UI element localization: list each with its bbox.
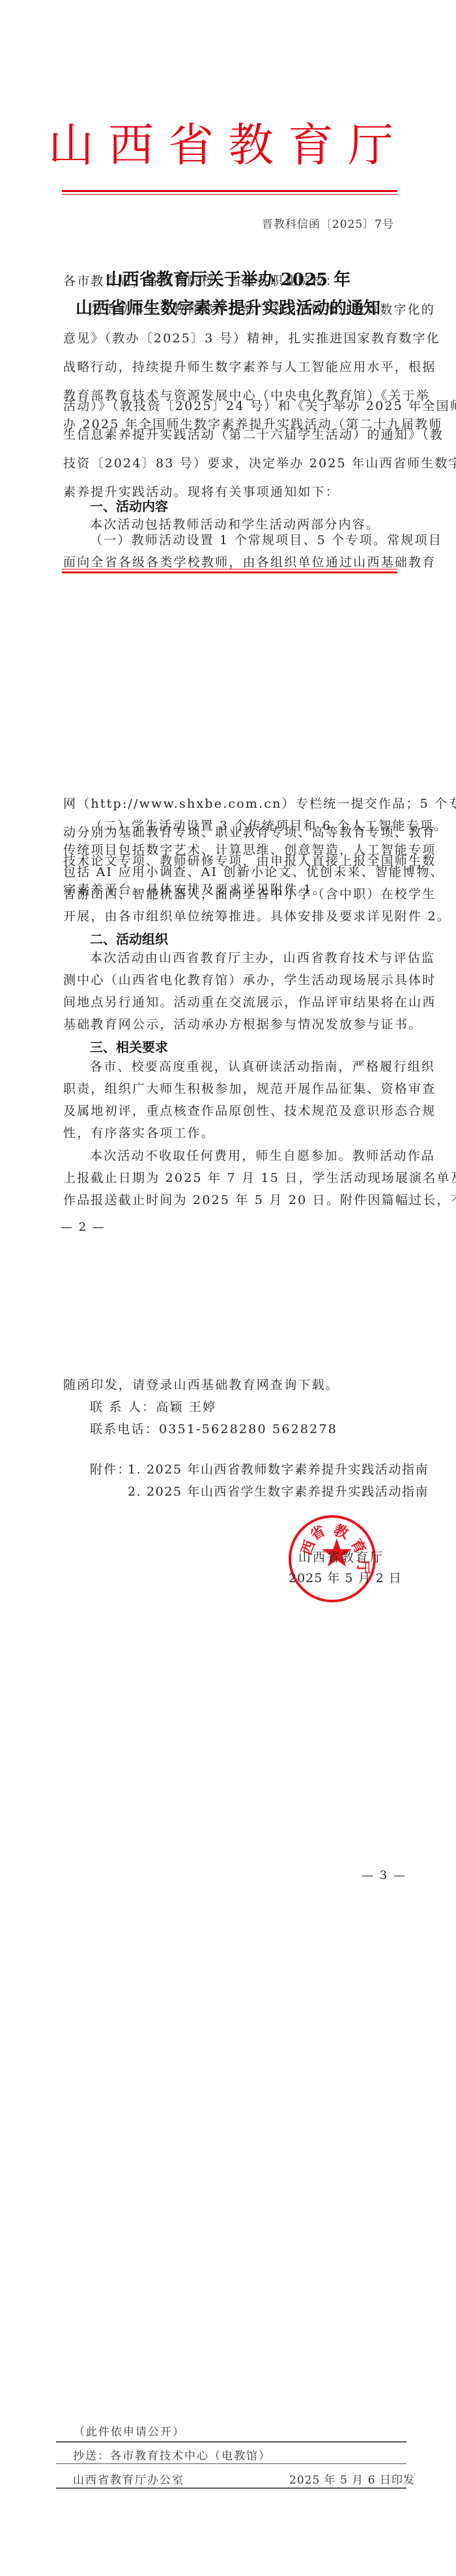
- signature-date: 2025 年 5 月 2 日: [289, 1569, 402, 1586]
- intro-line: 战略行动，持续提升师生数字素养与人工智能应用水平，根据: [63, 353, 402, 381]
- issuer-masthead: 山西省教育厅: [0, 116, 456, 174]
- issuing-office: 山西省教育厅办公室: [73, 2471, 184, 2487]
- page-number-2: — 2 —: [61, 1220, 106, 1234]
- footer-rule-middle: [56, 2463, 406, 2464]
- intro-line: 为贯彻落实《教育部等九部门关于加快推进教育数字化的: [90, 295, 403, 324]
- document-number: 晋教科信函〔2025〕7号: [262, 215, 394, 231]
- masthead-rule-thin: [62, 194, 397, 195]
- disclosure-note: （此件依申请公开）: [74, 2422, 185, 2439]
- intro-line: 技资〔2024〕83 号）要求，决定举办 2025 年山西省师生数字: [63, 449, 402, 478]
- addressee: 各市教育局，各高等院校，省直各职业院校：: [63, 267, 402, 295]
- page-break-rule-thick: [62, 571, 397, 573]
- signature-org: 山西省教育厅: [298, 1548, 384, 1565]
- intro-line: 意见》（教办〔2025〕3 号）精神，扎实推进国家教育数字化: [63, 324, 402, 353]
- footer-rule-top: [56, 2441, 406, 2443]
- attachments-label: 附件：: [90, 1455, 129, 1484]
- fee-deadline-line: 作品报送截止时间为 2025 年 5 月 20 日。附件因篇幅过长，不: [63, 1186, 402, 1214]
- intro-line: 生信息素养提升实践活动（第二十六届学生活动）的通知》（教: [63, 420, 402, 449]
- footer-rule-bottom: [56, 2487, 406, 2489]
- page-break-rule-thin: [62, 569, 397, 569]
- contact-phone: 联系电话：0351-5628280 5628278: [90, 1415, 403, 1444]
- cc-recipients: 抄送：各市教育技术中心（电教馆）: [73, 2446, 271, 2463]
- attachment-item-2[interactable]: 2. 2025 年山西省学生数字素养提升实践活动指南: [128, 1477, 401, 1506]
- page-number-3: — 3 —: [362, 1869, 406, 1882]
- masthead-rule-thick: [62, 190, 397, 192]
- intro-line: 活动）》（教技资〔2025〕24 号）和《关于举办 2025 年全国师: [63, 392, 402, 420]
- issue-date: 2025 年 5 月 6 日印发: [289, 2471, 415, 2487]
